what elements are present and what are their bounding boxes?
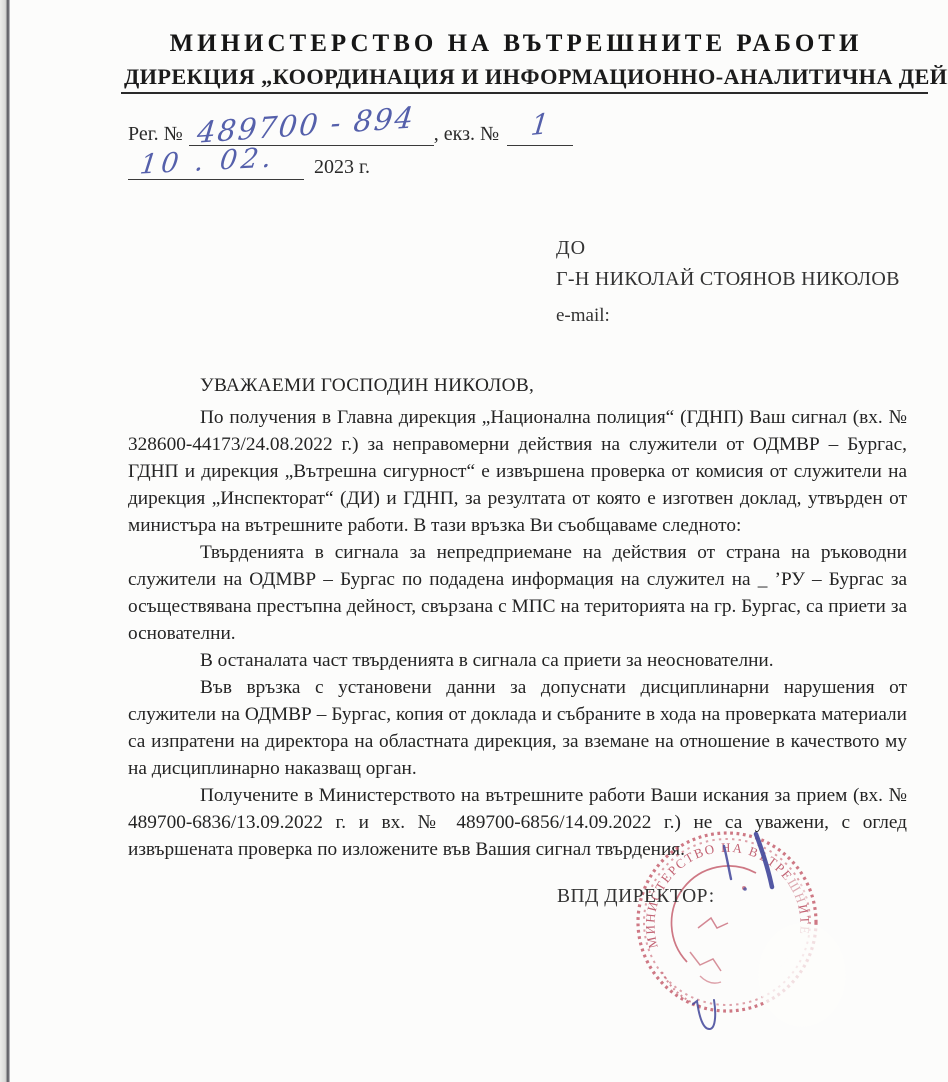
registration-block: Рег. № 489700 - 894 , екз. № 1 10 . 02. … [128, 116, 573, 180]
date-line: 10 . 02. [128, 152, 304, 180]
stamp-erased-center [702, 898, 794, 978]
stamp-outer-ring-2 [644, 839, 810, 1005]
stamp-fragment-1 [698, 918, 728, 928]
salutation: УВАЖАЕМИ ГОСПОДИН НИКОЛОВ, [128, 372, 907, 399]
letterhead-divider [121, 92, 928, 94]
stamp-fragment-arc [662, 972, 700, 1006]
directorate-subtitle: ДИРЕКЦИЯ „КООРДИНАЦИЯ И ИНФОРМАЦИОННО-АН… [124, 64, 908, 90]
pen-dot [743, 887, 747, 891]
year-label: 2023 г. [314, 156, 370, 180]
stamp-inner-ring [672, 866, 756, 962]
ministry-title: МИНИСТЕРСТВО НА ВЪТРЕШНИТЕ РАБОТИ [120, 30, 912, 58]
recipient-block: ДО Г-Н НИКОЛАЙ СТОЯНОВ НИКОЛОВ e-mail: [556, 237, 900, 327]
paragraph-5: Получените в Министерството на вътрешнит… [128, 782, 907, 863]
date-handwritten: 10 . 02. [138, 142, 277, 180]
paragraph-4: Във връзка с установени данни за допусна… [128, 674, 907, 782]
pen-check-mark [693, 1000, 715, 1029]
recipient-name: Г-Н НИКОЛАЙ СТОЯНОВ НИКОЛОВ [556, 268, 900, 291]
paragraph-3: В останалата част твърденията в сигнала … [128, 647, 907, 674]
recipient-email-label: e-mail: [556, 305, 900, 327]
paragraph-1: По получения в Главна дирекция „Национал… [128, 404, 907, 539]
registration-row: Рег. № 489700 - 894 , екз. № 1 [128, 116, 573, 146]
letter-body: УВАЖАЕМИ ГОСПОДИН НИКОЛОВ, По получения … [128, 372, 907, 863]
date-row: 10 . 02. 2023 г. [128, 148, 573, 180]
recipient-to-label: ДО [556, 237, 900, 260]
paragraph-2: Твърденията в сигнала за непредприемане … [128, 539, 907, 647]
stamp-fragment-3 [700, 976, 721, 983]
copy-number-handwritten: 1 [529, 107, 550, 142]
scanned-letter-page: МИНИСТЕРСТВО НА ВЪТРЕШНИТЕ РАБОТИ ДИРЕКЦ… [0, 0, 948, 1082]
stamp-faded-top-right [764, 878, 808, 908]
stamp-faded-right [758, 923, 846, 1027]
stamp-fragment-2 [690, 952, 721, 971]
copy-number-line: 1 [507, 118, 573, 146]
signature-title: ВПД ДИРЕКТОР: [557, 886, 715, 908]
copy-number-label: , екз. № [434, 123, 499, 146]
reg-number-line: 489700 - 894 [189, 118, 434, 146]
stamp-dot [742, 886, 746, 890]
scan-edge-artifact [0, 0, 10, 1082]
reg-number-handwritten: 489700 - 894 [195, 100, 416, 150]
reg-number-label: Рег. № [128, 123, 183, 146]
letterhead: МИНИСТЕРСТВО НА ВЪТРЕШНИТЕ РАБОТИ ДИРЕКЦ… [120, 30, 912, 90]
